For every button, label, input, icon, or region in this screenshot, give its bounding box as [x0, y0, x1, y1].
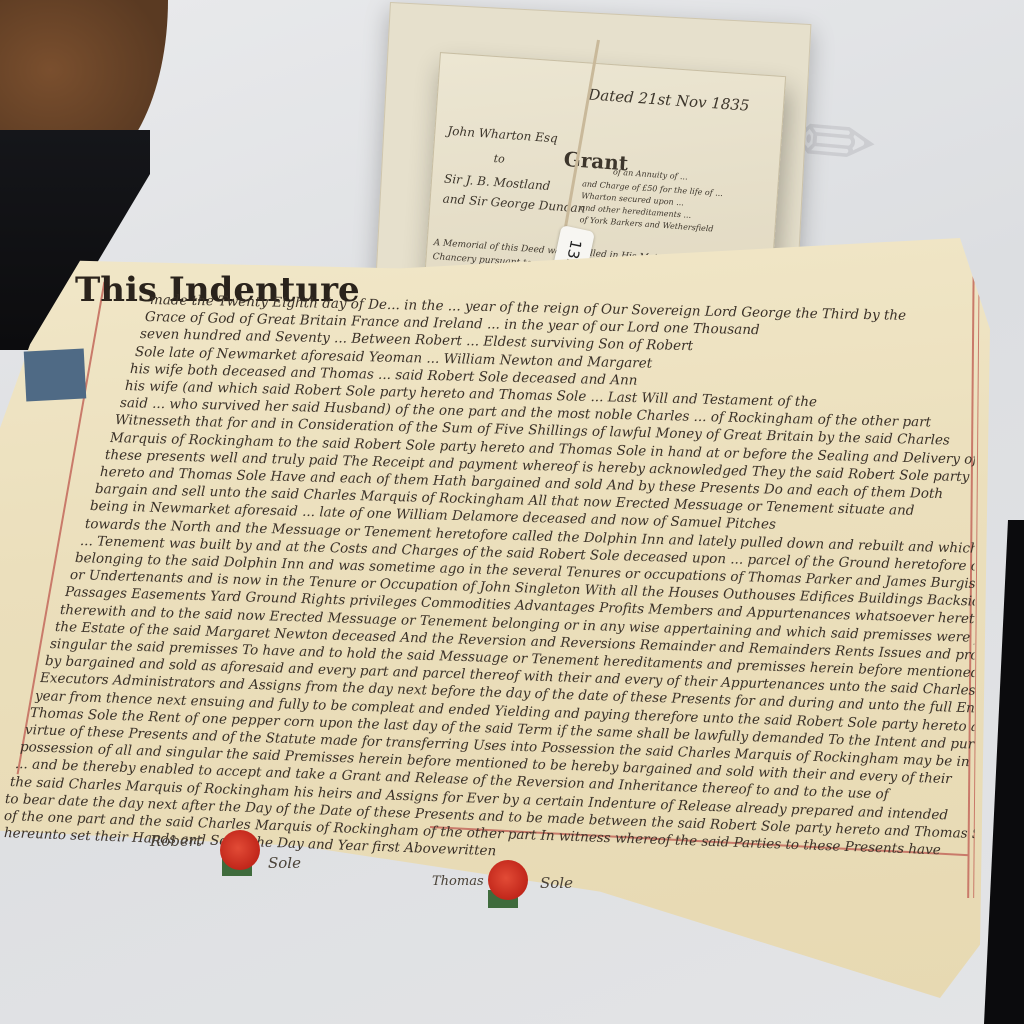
bundle-party-2: Sir J. B. Mostland: [444, 172, 551, 193]
bundle-grant-line: of York Barkers and Wethersfield: [579, 215, 713, 233]
bundle-party-1: John Wharton Esq: [447, 124, 558, 146]
wax-seal-2: [488, 860, 528, 900]
signature-last-1: Sole: [268, 854, 301, 872]
signature-last-2: Sole: [540, 874, 573, 892]
bundle-dated: Dated 21st Nov 1835: [588, 85, 750, 114]
bundle-party-3: and Sir George Duncan: [442, 192, 586, 216]
blue-duty-stamp: [24, 348, 87, 401]
signature-first-1: Robert: [150, 832, 202, 850]
wax-seal-1: [220, 830, 260, 870]
signature-first-2: Thomas: [432, 874, 484, 889]
bundle-party-to: to: [493, 152, 505, 166]
bundle-grant-line: of an Annuity of ...: [613, 167, 688, 181]
